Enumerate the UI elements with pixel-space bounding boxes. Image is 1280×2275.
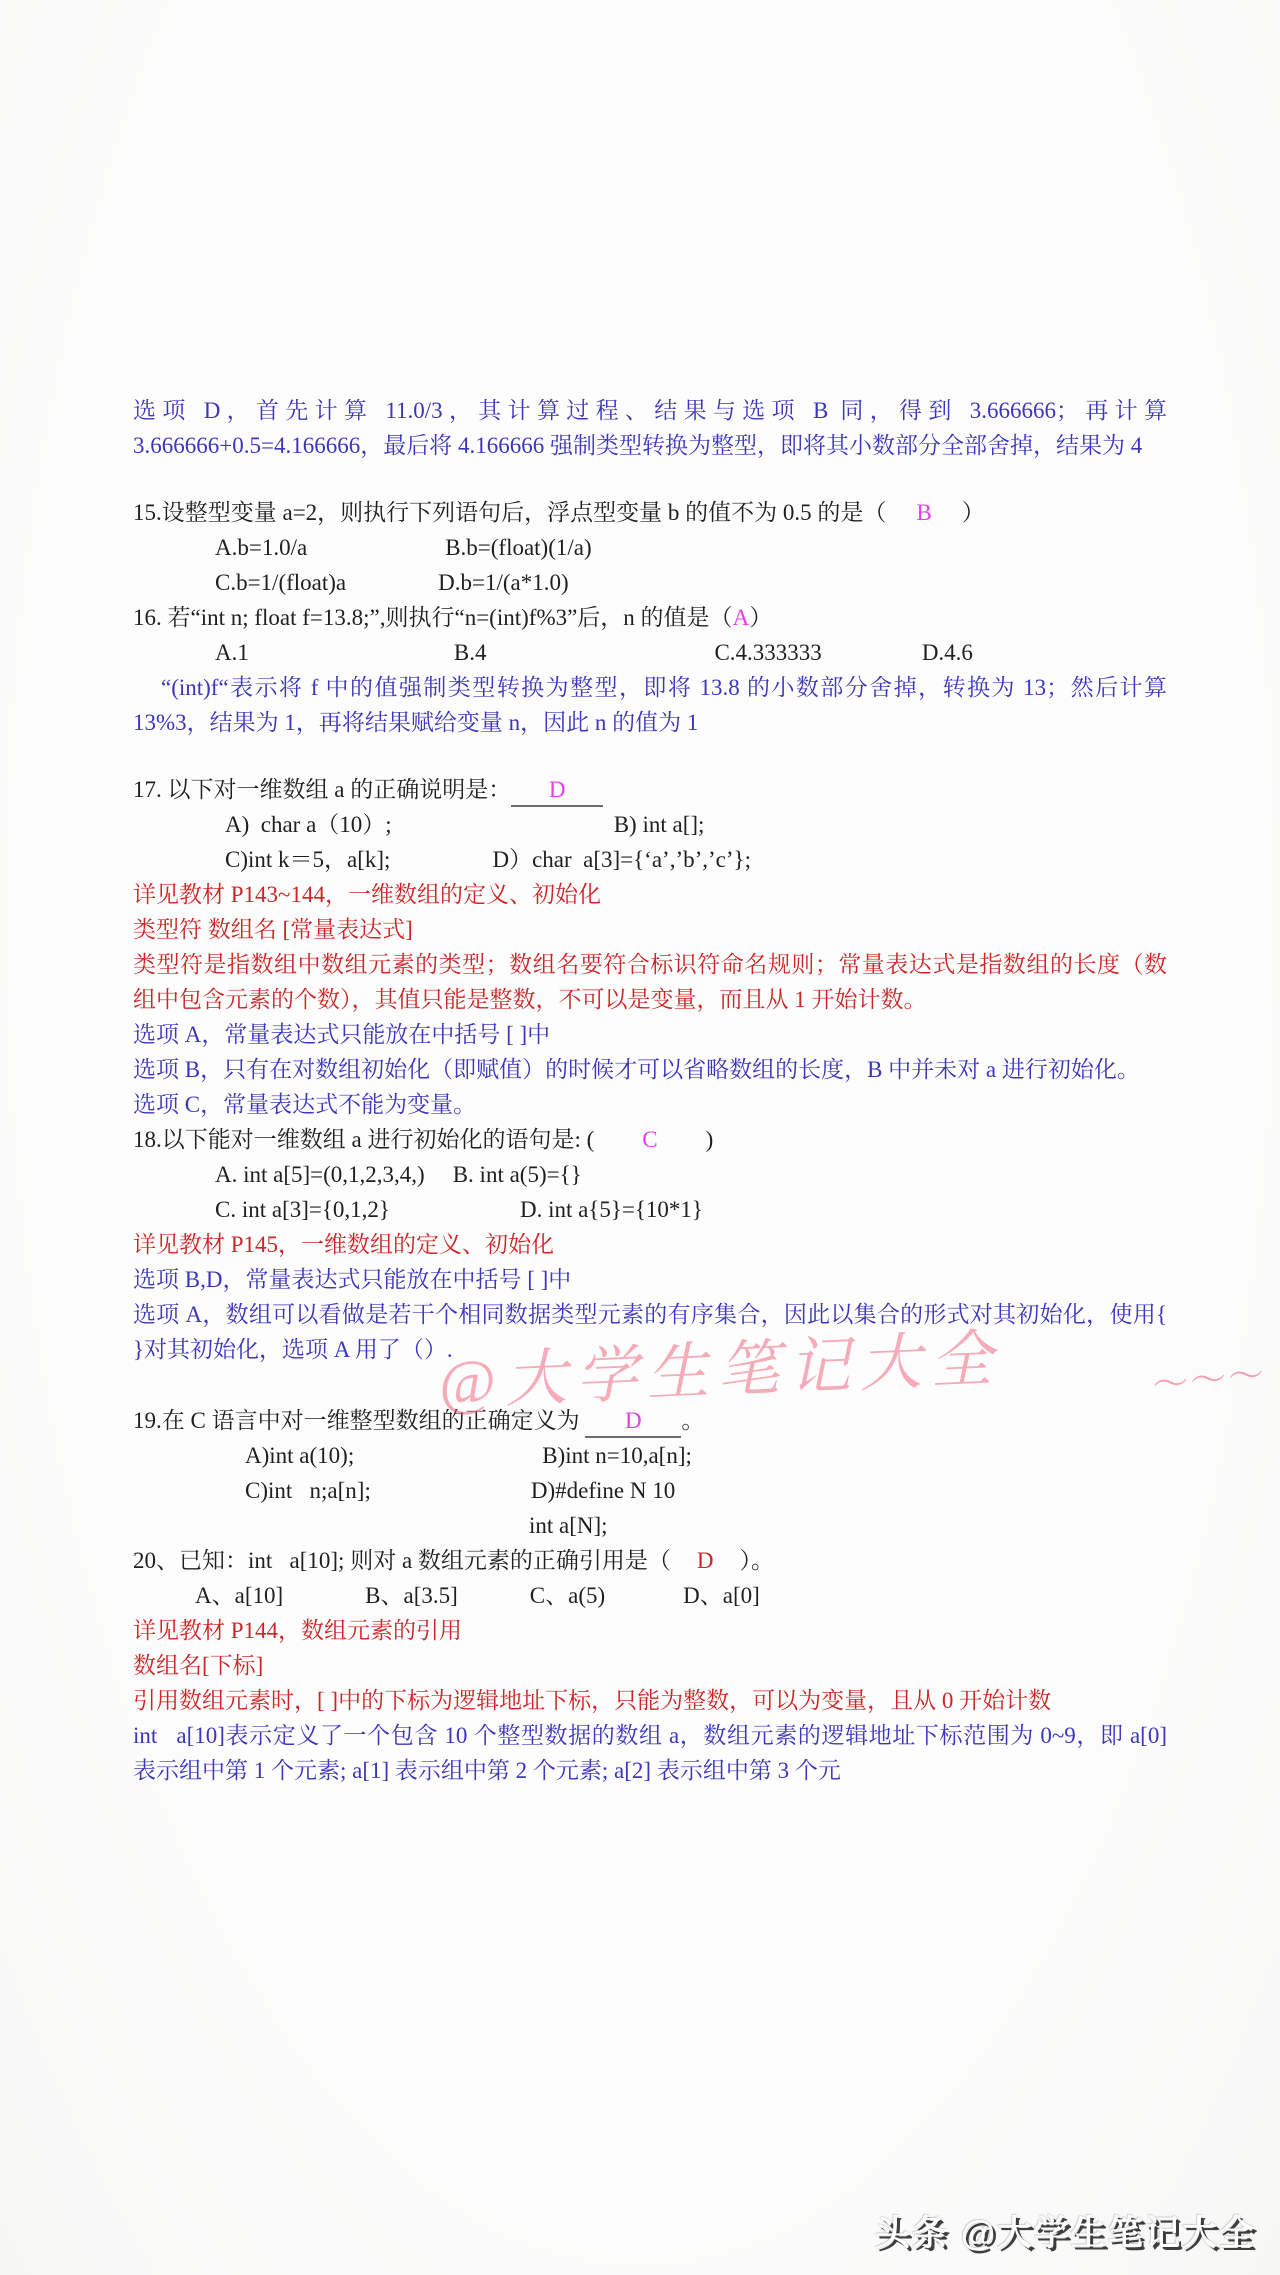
text-segment: 类型符 数组名 [常量表达式] [133, 917, 413, 942]
inline-spacer [822, 659, 922, 660]
text-segment: D、a[0] [683, 1583, 760, 1608]
explanation-paragraph: int a[10]表示定义了一个包含 10 个整型数据的数组 a，数组元素的逻辑… [133, 1718, 1167, 1788]
spacer [133, 740, 1167, 772]
text-segment: 选项 B，只有在对数组初始化（即赋值）的时候才可以省略数组的长度，B 中并未对 … [133, 1057, 1140, 1082]
question-15: 15.设整型变量 a=2，则执行下列语句后，浮点型变量 b 的值不为 0.5 的… [133, 495, 1167, 530]
text-segment: D. int a{5}={10*1} [520, 1197, 703, 1222]
text-segment: 选项 A，数组可以看做是若干个相同数据类型元素的有序集合，因此以集合的形式对其初… [133, 1302, 1173, 1362]
text-segment: 20、已知：int a[10]; 则对 a 数组元素的正确引用是（ [133, 1548, 671, 1573]
text-segment: “(int)f“表示将 f 中的值强制类型转换为整型，即将 13.8 的小数部分… [133, 675, 1173, 735]
text-segment: A [733, 605, 750, 630]
text-segment: D）char a[3]={‘a’,’b’,’c’}; [492, 847, 751, 872]
inline-spacer [390, 866, 492, 867]
question-17: 17. 以下对一维数组 a 的正确说明是：D [133, 772, 1167, 807]
options-17-row-2: C)int k＝5，a[k];D）char a[3]={‘a’,’b’,’c’}… [133, 842, 1167, 877]
text-segment: ) [706, 1127, 714, 1152]
textbook-reference: 详见教材 P145，一维数组的定义、初始化 [133, 1227, 1167, 1262]
text-segment: C)int k＝5，a[k]; [225, 847, 390, 872]
options-20-row: A、a[10]B、a[3.5]C、a(5)D、a[0] [133, 1578, 1167, 1613]
inline-spacer [714, 1567, 740, 1568]
textbook-reference: 详见教材 P144，数组元素的引用 [133, 1613, 1167, 1648]
options-19-row-2: C)int n;a[n];D)#define N 10 [133, 1473, 1167, 1508]
inline-spacer [671, 1567, 697, 1568]
explanation-paragraph: 选项 D，首先计算 11.0/3，其计算过程、结果与选项 B 同，得到 3.66… [133, 393, 1167, 463]
inline-spacer [371, 1497, 531, 1498]
question-20: 20、已知：int a[10]; 则对 a 数组元素的正确引用是（D）。 [133, 1543, 1167, 1578]
text-segment: B)int n=10,a[n]; [542, 1443, 692, 1468]
question-19: 19.在 C 语言中对一维整型数组的正确定义为 D。 [133, 1403, 1167, 1438]
text-segment: 15.设整型变量 a=2，则执行下列语句后，浮点型变量 b 的值不为 0.5 的… [133, 500, 886, 525]
answer-blank: D [585, 1406, 681, 1438]
text-segment: B. int a(5)={} [453, 1162, 582, 1187]
text-segment: 数组名[下标] [133, 1653, 263, 1678]
explanation-line: 选项 A，常量表达式只能放在中括号 [ ]中 [133, 1017, 1167, 1052]
text-segment: 选项 D，首先计算 11.0/3，其计算过程、结果与选项 B 同，得到 3.66… [133, 398, 1173, 458]
explanation-paragraph: 选项 B，只有在对数组初始化（即赋值）的时候才可以省略数组的长度，B 中并未对 … [133, 1052, 1167, 1087]
document-body: 选项 D，首先计算 11.0/3，其计算过程、结果与选项 B 同，得到 3.66… [133, 393, 1167, 1788]
text-segment: C. int a[3]={0,1,2} [215, 1197, 390, 1222]
explanation-paragraph: “(int)f“表示将 f 中的值强制类型转换为整型，即将 13.8 的小数部分… [133, 670, 1167, 740]
text-segment: 17. 以下对一维数组 a 的正确说明是： [133, 777, 511, 802]
question-16: 16. 若“int n; float f=13.8;”,则执行“n=(int)f… [133, 600, 1167, 635]
text-segment: 18.以下能对一维数组 a 进行初始化的语句是: ( [133, 1127, 594, 1152]
options-19-row-3: int a[N]; [133, 1508, 1167, 1543]
spacer [133, 1367, 1167, 1403]
text-segment: 引用数组元素时，[ ]中的下标为逻辑地址下标，只能为整数，可以为变量，且从 0 … [133, 1688, 1051, 1713]
options-15-row-1: A.b=1.0/aB.b=(float)(1/a) [133, 530, 1167, 565]
text-segment: A. int a[5]=(0,1,2,3,4,) [215, 1162, 425, 1187]
text-segment: C.b=1/(float)a [215, 570, 346, 595]
text-segment: C)int n;a[n]; [245, 1478, 371, 1503]
text-segment: 详见教材 P144，数组元素的引用 [133, 1618, 462, 1643]
inline-spacer [932, 519, 962, 520]
options-19-row-1: A)int a(10);B)int n=10,a[n]; [133, 1438, 1167, 1473]
options-15-row-2: C.b=1/(float)aD.b=1/(a*1.0) [133, 565, 1167, 600]
textbook-note-paragraph: 引用数组元素时，[ ]中的下标为逻辑地址下标，只能为整数，可以为变量，且从 0 … [133, 1683, 1167, 1718]
textbook-note-paragraph: 类型符是指数组中数组元素的类型；数组名要符合标识符命名规则；常量表达式是指数组的… [133, 947, 1167, 1017]
text-segment: 类型符是指数组中数组元素的类型；数组名要符合标识符命名规则；常量表达式是指数组的… [133, 952, 1167, 1012]
options-16-row: A.1B.4C.4.333333D.4.6 [133, 635, 1167, 670]
text-segment: B.4 [454, 640, 487, 665]
explanation-line: 选项 C，常量表达式不能为变量。 [133, 1087, 1167, 1122]
textbook-note: 类型符 数组名 [常量表达式] [133, 912, 1167, 947]
explanation-paragraph: 选项 A，数组可以看做是若干个相同数据类型元素的有序集合，因此以集合的形式对其初… [133, 1297, 1167, 1367]
text-segment: 19.在 C 语言中对一维整型数组的正确定义为 [133, 1408, 585, 1433]
text-segment: D [697, 1548, 714, 1573]
text-segment: 16. 若“int n; float f=13.8;”,则执行“n=(int)f… [133, 605, 733, 630]
text-segment: ） [749, 605, 772, 630]
inline-spacer [425, 1181, 453, 1182]
inline-spacer [658, 1146, 706, 1147]
text-segment: 。 [681, 1408, 704, 1433]
text-segment: B、a[3.5] [365, 1583, 458, 1608]
text-segment: C、a(5) [530, 1583, 605, 1608]
text-segment: B.b=(float)(1/a) [445, 535, 591, 560]
textbook-reference: 详见教材 P143~144，一维数组的定义、初始化 [133, 877, 1167, 912]
text-segment: A.1 [215, 640, 249, 665]
text-segment: int a[N]; [529, 1513, 608, 1538]
answer-blank: D [511, 775, 603, 807]
textbook-note: 数组名[下标] [133, 1648, 1167, 1683]
inline-spacer [594, 1146, 642, 1147]
text-segment: 详见教材 P143~144，一维数组的定义、初始化 [133, 882, 601, 907]
text-segment: B) int a[]; [614, 812, 705, 837]
text-segment: A) char a（10）; [225, 812, 392, 837]
inline-spacer [283, 1602, 365, 1603]
footer-watermark: 头条 @大学生笔记大全 [875, 2206, 1256, 2256]
text-segment: 选项 C，常量表达式不能为变量。 [133, 1092, 476, 1117]
spacer [133, 463, 1167, 495]
text-segment: int a[10]表示定义了一个包含 10 个整型数据的数组 a，数组元素的逻辑… [133, 1723, 1173, 1783]
inline-spacer [458, 1602, 530, 1603]
inline-spacer [249, 659, 454, 660]
text-segment: D.4.6 [922, 640, 973, 665]
inline-spacer [307, 554, 445, 555]
inline-spacer [605, 1602, 683, 1603]
text-segment: C.4.333333 [714, 640, 821, 665]
text-segment: D.b=1/(a*1.0) [438, 570, 569, 595]
watermark-squiggle: ～～～ [1150, 1346, 1269, 1409]
inline-spacer [486, 659, 714, 660]
text-segment: ）。 [740, 1548, 775, 1573]
inline-spacer [390, 1216, 520, 1217]
text-segment: B [916, 500, 931, 525]
inline-spacer [346, 589, 438, 590]
text-segment: 详见教材 P145，一维数组的定义、初始化 [133, 1232, 554, 1257]
inline-spacer [886, 519, 916, 520]
inline-spacer [354, 1462, 542, 1463]
options-17-row-1: A) char a（10）;B) int a[]; [133, 807, 1167, 842]
options-18-row-1: A. int a[5]=(0,1,2,3,4,)B. int a(5)={} [133, 1157, 1167, 1192]
text-segment: A)int a(10); [245, 1443, 354, 1468]
text-segment: C [642, 1127, 657, 1152]
text-segment: A、a[10] [195, 1583, 283, 1608]
document-page: 选项 D，首先计算 11.0/3，其计算过程、结果与选项 B 同，得到 3.66… [0, 0, 1280, 2275]
explanation-line: 选项 B,D，常量表达式只能放在中括号 [ ]中 [133, 1262, 1167, 1297]
question-18: 18.以下能对一维数组 a 进行初始化的语句是: (C) [133, 1122, 1167, 1157]
text-segment: 选项 B,D，常量表达式只能放在中括号 [ ]中 [133, 1267, 571, 1292]
text-segment: D)#define N 10 [531, 1478, 675, 1503]
text-segment: 选项 A，常量表达式只能放在中括号 [ ]中 [133, 1022, 550, 1047]
inline-spacer [392, 831, 614, 832]
text-segment: A.b=1.0/a [215, 535, 307, 560]
text-segment: ） [962, 500, 985, 525]
options-18-row-2: C. int a[3]={0,1,2}D. int a{5}={10*1} [133, 1192, 1167, 1227]
